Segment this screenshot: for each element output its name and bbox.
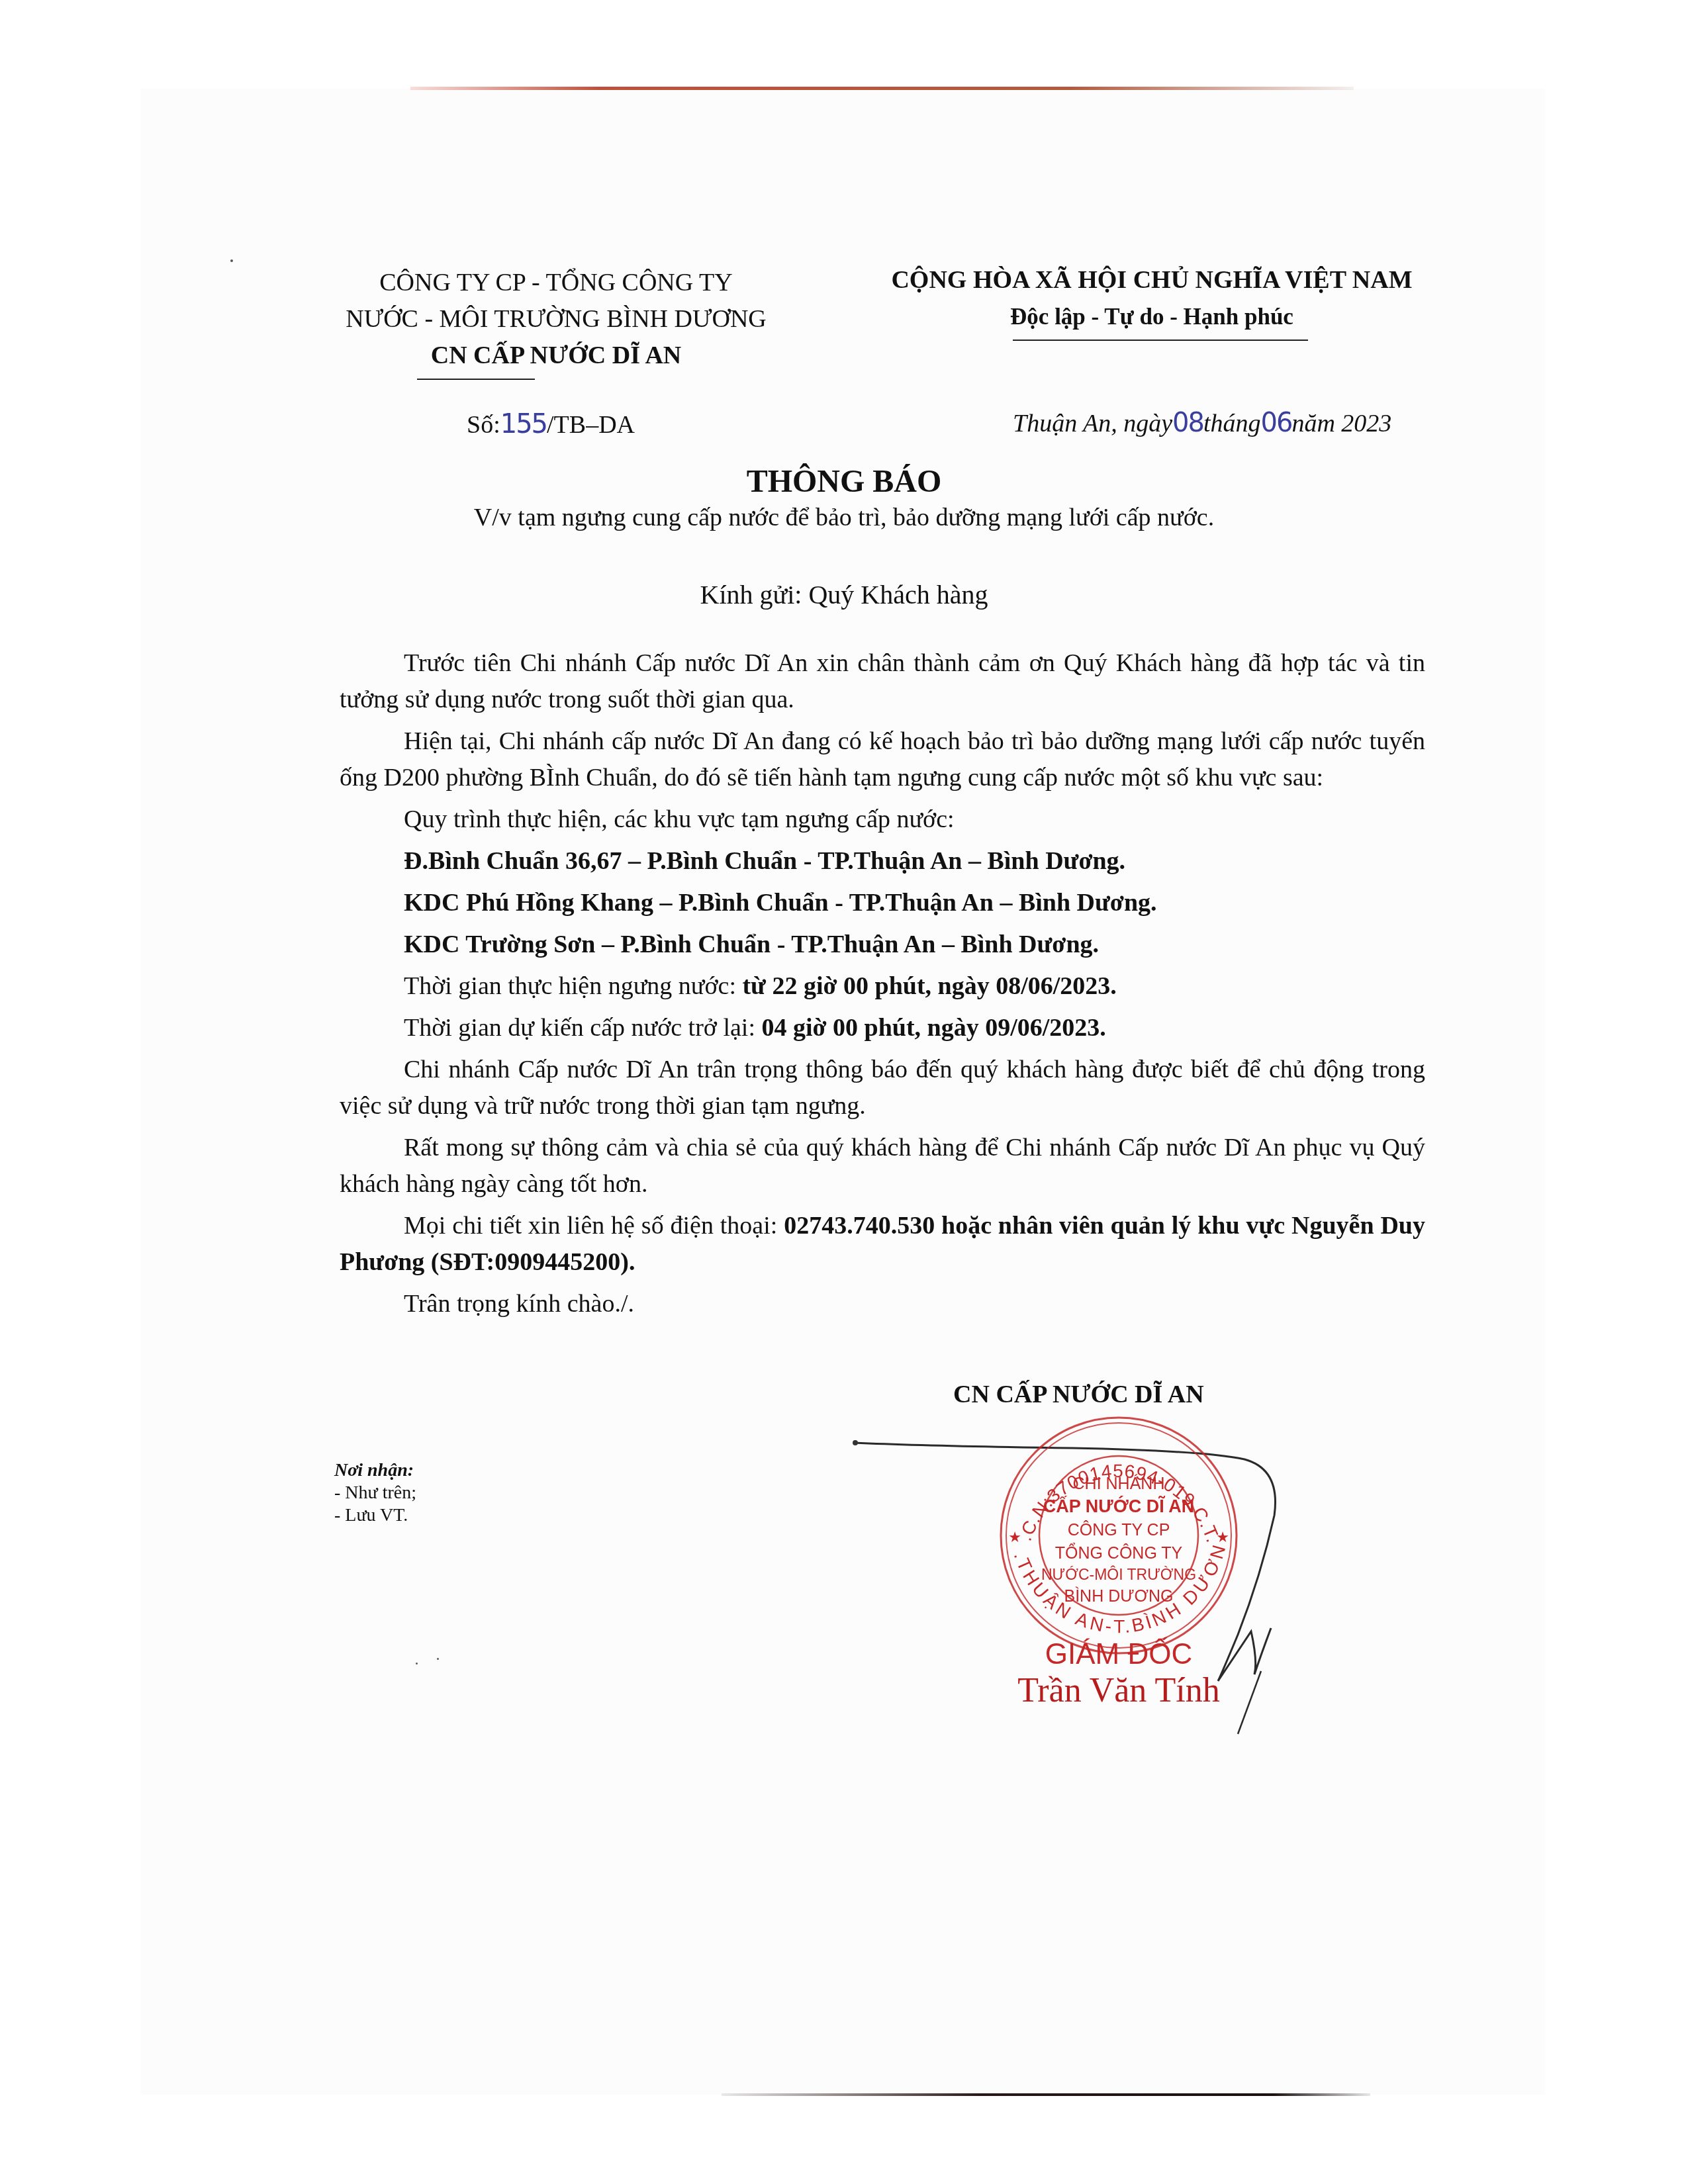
document-subject: V/v tạm ngưng cung cấp nước để bảo trì, … [0, 503, 1688, 532]
stamp-inner-line: CÔNG TY CP [1068, 1520, 1170, 1539]
stamp-inner-line: BÌNH DƯƠNG [1064, 1586, 1173, 1606]
stamp-inner-line: NƯỚC-MÔI TRƯỜNG [1041, 1565, 1196, 1583]
paragraph-apology: Rất mong sự thông cảm và chia sẻ của quý… [340, 1130, 1425, 1203]
place-date: Thuận An, ngày08tháng06năm 2023 [1013, 408, 1391, 438]
stop-time-value: từ 22 giờ 00 phút, ngày 08/06/2023. [742, 972, 1116, 1000]
scan-speck [230, 259, 233, 262]
issuer-underline [417, 379, 535, 380]
stamp-inner-line: TỔNG CÔNG TY [1055, 1543, 1183, 1563]
stamp-inner-line: CẤP NƯỚC DĨ AN [1043, 1496, 1194, 1516]
area-item: KDC Trường Sơn – P.Bình Chuẩn - TP.Thuận… [340, 927, 1425, 963]
scan-speck [416, 1662, 418, 1664]
official-stamp: M.S.C.N:3700145694-019.C.T.C.P TP.THUẬN … [990, 1406, 1248, 1664]
national-motto: Độc lập - Tự do - Hạnh phúc [854, 298, 1450, 335]
recipient-item: - Như trên; [334, 1482, 416, 1504]
recipient-item: - Lưu VT. [334, 1504, 416, 1527]
page-edge-top [410, 87, 1354, 90]
national-title: CỘNG HÒA XÃ HỘI CHỦ NGHĨA VIỆT NAM [854, 262, 1450, 298]
closing-line: Trân trọng kính chào./. [340, 1286, 1425, 1322]
recipients: Nơi nhận: - Như trên; - Lưu VT. [334, 1459, 416, 1527]
area-item: KDC Phú Hồng Khang – P.Bình Chuẩn - TP.T… [340, 885, 1425, 921]
document-title: THÔNG BÁO [0, 463, 1688, 500]
issuer-line-2: NƯỚC - MÔI TRƯỜNG BÌNH DƯƠNG [291, 301, 821, 338]
resume-time: Thời gian dự kiến cấp nước trở lại: 04 g… [340, 1010, 1425, 1046]
month-label: tháng [1203, 410, 1261, 437]
recipients-label: Nơi nhận: [334, 1459, 416, 1482]
issuer-branch: CN CẤP NƯỚC DĨ AN [291, 338, 821, 374]
issuer-header: CÔNG TY CP - TỔNG CÔNG TY NƯỚC - MÔI TRƯ… [291, 265, 821, 374]
stop-time-label: Thời gian thực hiện ngưng nước: [404, 972, 742, 1000]
paragraph-plan: Hiện tại, Chi nhánh cấp nước Dĩ An đang … [340, 723, 1425, 796]
paragraph-thanks: Trước tiên Chi nhánh Cấp nước Dĩ An xin … [340, 645, 1425, 718]
stamp-inner-line: CHI NHÁNH [1073, 1474, 1165, 1493]
doc-number-suffix: /TB–DA [547, 411, 635, 439]
document-body: Trước tiên Chi nhánh Cấp nước Dĩ An xin … [340, 645, 1425, 1328]
star-icon: ★ [1008, 1529, 1021, 1545]
issuer-line-1: CÔNG TY CP - TỔNG CÔNG TY [291, 265, 821, 301]
paragraph-areas-intro: Quy trình thực hiện, các khu vực tạm ngư… [340, 801, 1425, 838]
signer-position: GIÁM ĐỐC [1013, 1638, 1225, 1671]
contact-label: Mọi chi tiết xin liên hệ số điện thoại: [404, 1212, 784, 1240]
document-number: Số:155/TB–DA [467, 409, 635, 439]
year-label: năm 2023 [1291, 410, 1391, 437]
signer-name: Trần Văn Tính [980, 1671, 1258, 1710]
signature-org: CN CẤP NƯỚC DĨ AN [953, 1380, 1204, 1409]
handwritten-month: 06 [1261, 408, 1292, 438]
contact-info: Mọi chi tiết xin liên hệ số điện thoại: … [340, 1208, 1425, 1281]
scan-speck [437, 1658, 439, 1660]
page-edge-bottom [722, 2093, 1370, 2096]
greeting: Kính gửi: Quý Khách hàng [0, 579, 1688, 610]
resume-time-value: 04 giờ 00 phút, ngày 09/06/2023. [761, 1014, 1105, 1042]
star-icon: ★ [1216, 1529, 1229, 1545]
handwritten-number: 155 [500, 409, 547, 439]
paragraph-notice: Chi nhánh Cấp nước Dĩ An trân trọng thôn… [340, 1052, 1425, 1124]
stop-time: Thời gian thực hiện ngưng nước: từ 22 gi… [340, 968, 1425, 1005]
area-item: Đ.Bình Chuẩn 36,67 – P.Bình Chuẩn - TP.T… [340, 843, 1425, 880]
resume-time-label: Thời gian dự kiến cấp nước trở lại: [404, 1014, 761, 1042]
handwritten-day: 08 [1172, 408, 1203, 438]
motto-underline [1013, 340, 1308, 341]
place-label: Thuận An, ngày [1013, 410, 1172, 437]
national-header: CỘNG HÒA XÃ HỘI CHỦ NGHĨA VIỆT NAM Độc l… [854, 262, 1450, 335]
doc-number-prefix: Số: [467, 411, 500, 439]
